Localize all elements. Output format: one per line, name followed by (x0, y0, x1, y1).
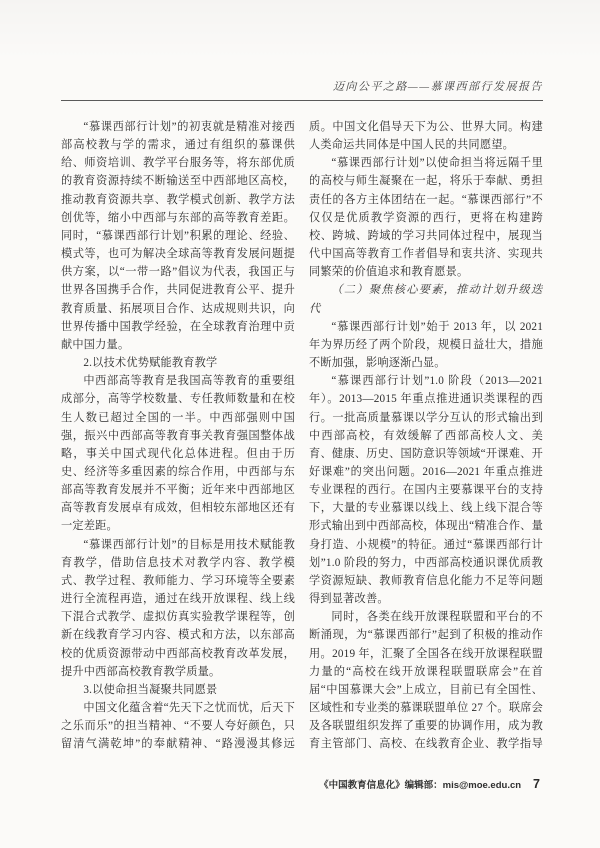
paragraph: 3.以使命担当凝聚共同愿景 (61, 681, 295, 699)
footer-imprint: 《中国教育信息化》编辑部：mis@moe.edu.cn (319, 777, 521, 791)
text-column-right: 质。中国文化倡导天下为公、世界大同。构建人类命运共同体是中国人民的共同愿望。“慕… (309, 118, 543, 755)
header-rule (61, 100, 543, 101)
paragraph: 同时，各类在线开放课程联盟和平台的不断涌现，为“慕课西部行”起到了积极的推动作用… (309, 608, 543, 755)
page-footer: 《中国教育信息化》编辑部：mis@moe.edu.cn 7 (319, 777, 540, 791)
paragraph: “慕课西部行计划”1.0 阶段（2013—2021 年）。2013—2015 年… (309, 372, 543, 608)
paragraph: 质。中国文化倡导天下为公、世界大同。构建人类命运共同体是中国人民的共同愿望。 (309, 118, 543, 154)
paragraph: 中西部高等教育是我国高等教育的重要组成部分，高等学校数量、专任教师数量和在校生人… (61, 372, 295, 535)
running-head: 迈向公平之路——慕课西部行发展报告 (333, 80, 543, 94)
paragraph: （二）聚焦核心要素，推动计划升级迭代 (309, 281, 543, 317)
paragraph: “慕课西部行计划”始于 2013 年，以 2021 年为界历经了两个阶段，规模日… (309, 318, 543, 372)
paragraph: “慕课西部行计划”以使命担当将远隔千里的高校与师生凝聚在一起，将乐于奉献、勇担责… (309, 154, 543, 281)
page-body: “慕课西部行计划”的初衷就是精准对接西部高校教与学的需求，通过有组织的慕课供给、… (61, 118, 543, 755)
page-number: 7 (533, 777, 540, 791)
paragraph: “慕课西部行计划”的初衷就是精准对接西部高校教与学的需求，通过有组织的慕课供给、… (61, 118, 295, 354)
text-column-left: “慕课西部行计划”的初衷就是精准对接西部高校教与学的需求，通过有组织的慕课供给、… (61, 118, 295, 755)
paragraph: 2.以技术优势赋能教育教学 (61, 354, 295, 372)
document-page: 迈向公平之路——慕课西部行发展报告 “慕课西部行计划”的初衷就是精准对接西部高校… (0, 0, 600, 848)
paragraph: “慕课西部行计划”的目标是用技术赋能教育教学，借助信息技术对教学内容、教学模式、… (61, 536, 295, 681)
paragraph: 中国文化蕴含着“先天下之忧而忧，后天下之乐而乐”的担当精神、“不要人夸好颜色，只… (61, 699, 295, 755)
scan-shade (0, 0, 600, 60)
